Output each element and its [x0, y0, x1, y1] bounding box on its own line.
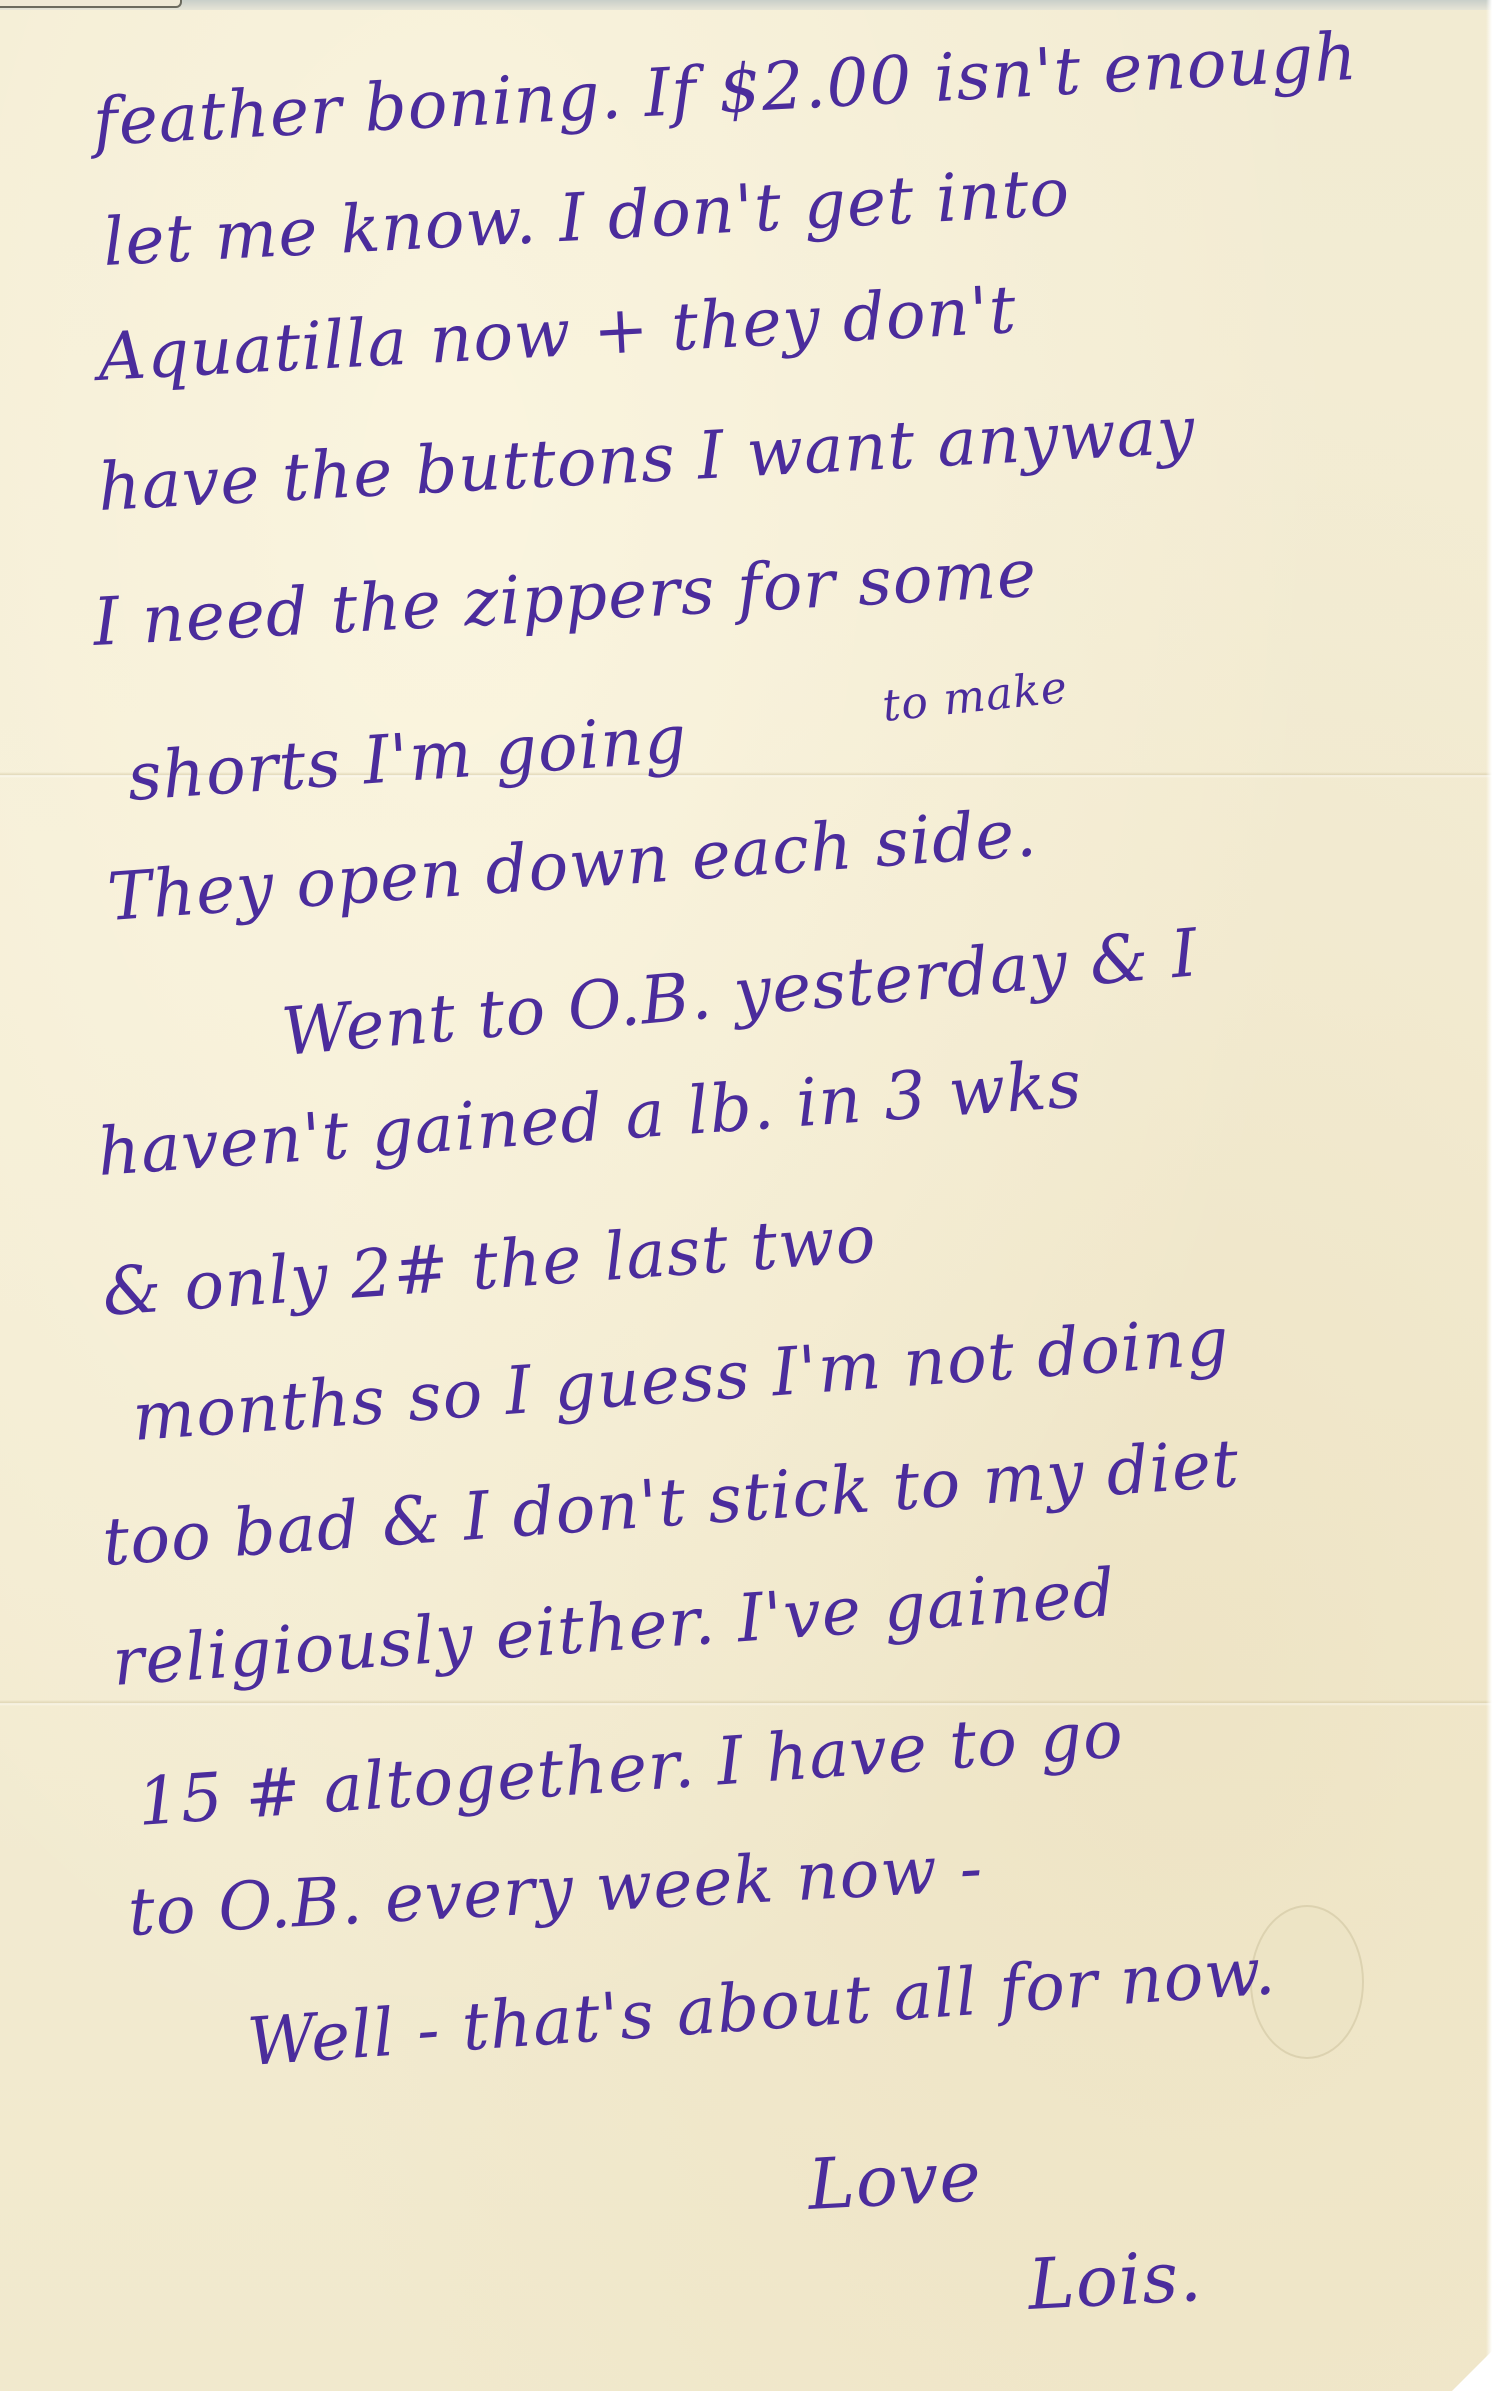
- letter-line: Went to O.B. yesterday & I: [279, 920, 1201, 1066]
- letter-line: haven't gained a lb. in 3 wks: [95, 1051, 1084, 1186]
- letter-line: Well - that's about all for now.: [245, 1938, 1277, 2076]
- letter-signature: Lois.: [1026, 2241, 1204, 2320]
- letter-line: too bad & I don't stick to my diet: [100, 1431, 1241, 1576]
- letter-line: & only 2# the last two: [100, 1206, 878, 1326]
- letter-line: They open down each side.: [105, 800, 1039, 931]
- letter-line: months so I guess I'm not doing: [130, 1308, 1231, 1451]
- paper-top-flap: [0, 0, 182, 8]
- letter-line: let me know. I don't get into: [102, 159, 1072, 276]
- letter-line: Aquatilla now + they don't: [97, 277, 1019, 391]
- letter-page: feather boning. If $2.00 isn't enough le…: [0, 0, 1492, 2391]
- letter-line: to O.B. every week now -: [127, 1835, 985, 1946]
- paper-corner-fold: [1452, 2351, 1492, 2391]
- letter-line: shorts I'm going: [125, 706, 689, 811]
- letter-line: religiously either. I've gained: [110, 1560, 1117, 1696]
- letter-line: I need the zippers for some: [92, 541, 1039, 656]
- letter-line: have the buttons I want anyway: [97, 398, 1197, 521]
- fold-line: [0, 1700, 1492, 1706]
- paper-top-edge: [0, 0, 1492, 10]
- letter-closing: Love: [806, 2141, 983, 2220]
- letter-line: 15 # altogether. I have to go: [135, 1701, 1125, 1836]
- letter-line: feather boning. If $2.00 isn't enough: [92, 24, 1360, 156]
- letter-line-insert: to make: [880, 666, 1069, 729]
- paper-right-edge: [1486, 0, 1492, 2391]
